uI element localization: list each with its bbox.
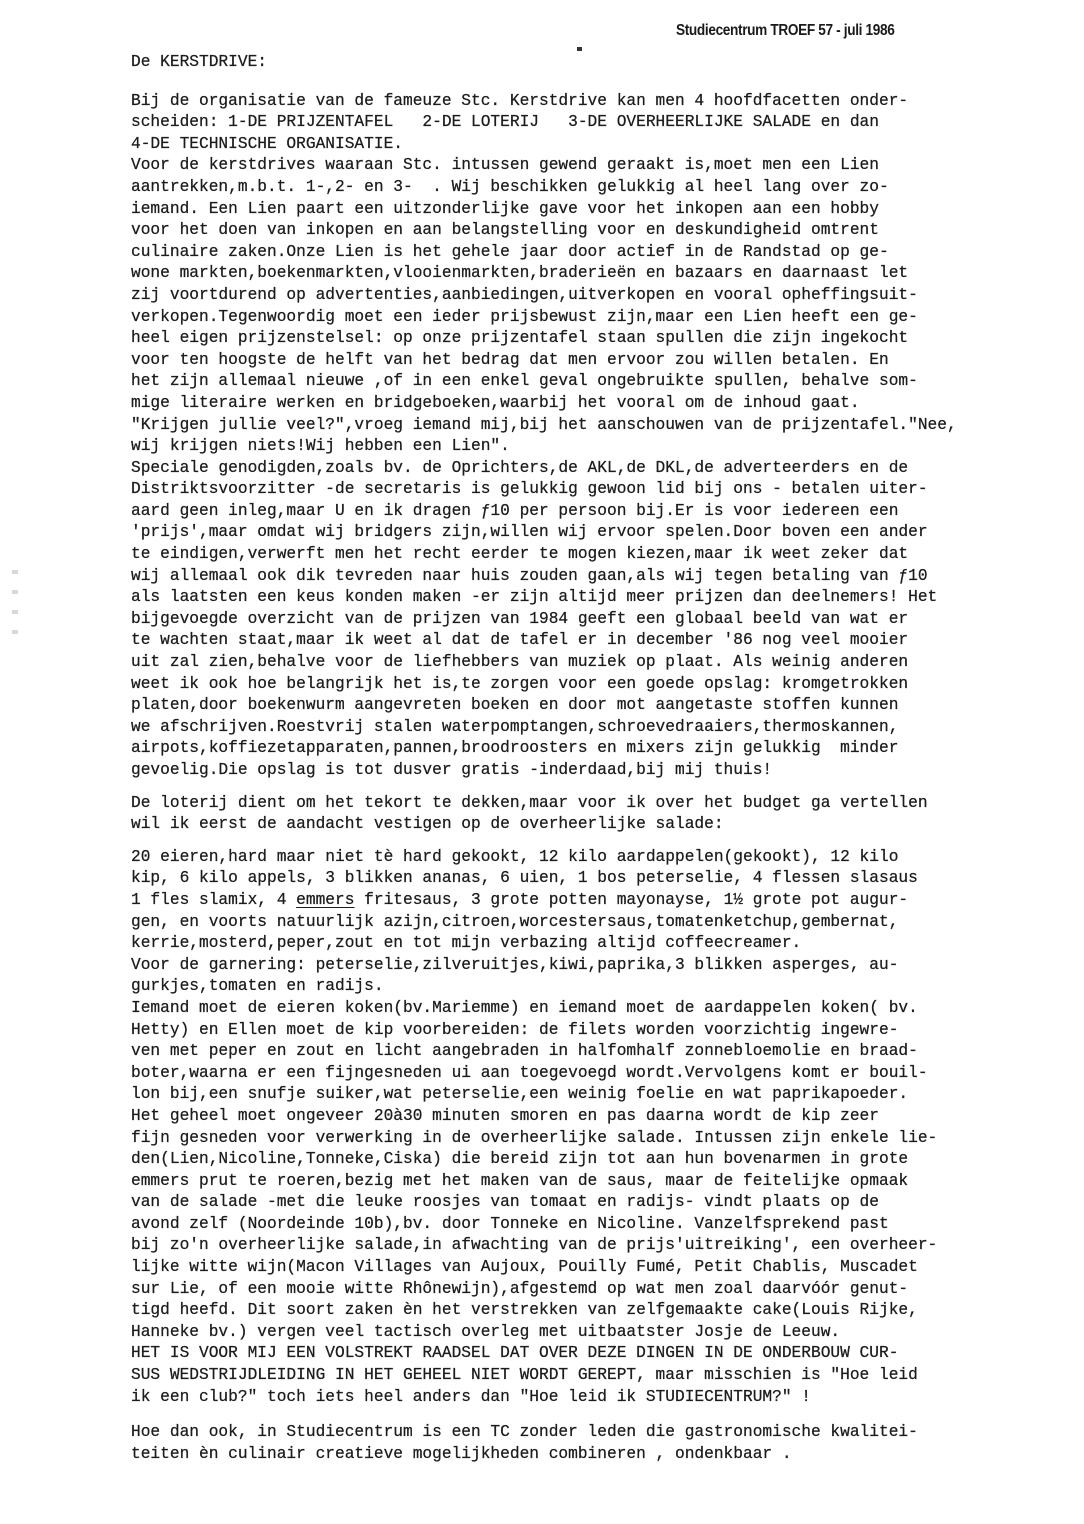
text-line: als laatsten een keus konden maken -er z…: [131, 587, 957, 609]
text-line: "Krijgen jullie veel?",vroeg iemand mij,…: [131, 415, 957, 437]
text-line: zij voortdurend op advertenties,aanbiedi…: [131, 285, 957, 307]
paragraph-gap: [131, 782, 957, 793]
text-line: Iemand moet de eieren koken(bv.Mariemme)…: [131, 998, 957, 1020]
text-line: wij krijgen niets!Wij hebben een Lien".: [131, 436, 957, 458]
text-line: bijgevoegde overzicht van de prijzen van…: [131, 609, 957, 631]
text-line: iemand. Een Lien paart een uitzonderlijk…: [131, 199, 957, 221]
typewritten-document: De KERSTDRIVE: Bij de organisatie van de…: [131, 52, 957, 1465]
text-line: culinaire zaken.Onze Lien is het gehele …: [131, 242, 957, 264]
text-line: scheiden: 1-DE PRIJZENTAFEL 2-DE LOTERIJ…: [131, 112, 957, 134]
text-line: De loterij dient om het tekort te dekken…: [131, 793, 957, 815]
text-line: gurkjes,tomaten en radijs.: [131, 976, 957, 998]
text-line: wil ik eerst de aandacht vestigen op de …: [131, 814, 957, 836]
text-line: aantrekken,m.b.t. 1-,2- en 3- . Wij besc…: [131, 177, 957, 199]
text-line: 'prijs',maar omdat wij bridgers zijn,wil…: [131, 522, 957, 544]
text-line: Speciale genodigden,zoals bv. de Opricht…: [131, 458, 957, 480]
text-line: tigd heefd. Dit soort zaken èn het verst…: [131, 1300, 957, 1322]
paragraph-conclusion: Hoe dan ook, in Studiecentrum is een TC …: [131, 1422, 957, 1465]
print-speck: [577, 47, 582, 51]
text-line: Voor de kerstdrives waaraan Stc. intusse…: [131, 155, 957, 177]
text-line: airpots,koffiezetapparaten,pannen,broodr…: [131, 738, 957, 760]
text-line: Distriktsvoorzitter -de secretaris is ge…: [131, 479, 957, 501]
paragraph-gap: [131, 836, 957, 847]
text-line: kip, 6 kilo appels, 3 blikken ananas, 6 …: [131, 868, 957, 890]
text-line: lon bij,een snufje suiker,wat peterselie…: [131, 1084, 957, 1106]
text-line: Het geheel moet ongeveer 20à30 minuten s…: [131, 1106, 957, 1128]
text-line: avond zelf (Noordeinde 10b),bv. door Ton…: [131, 1214, 957, 1236]
text-line-underlined-emmers: 1 fles slamix, 4 emmers fritesaus, 3 gro…: [131, 890, 957, 912]
text-line: SUS WEDSTRIJDLEIDING IN HET GEHEEL NIET …: [131, 1365, 957, 1387]
text-line: aard geen inleg,maar U en ik dragen ƒ10 …: [131, 501, 957, 523]
text-line: Bij de organisatie van de fameuze Stc. K…: [131, 91, 957, 113]
paragraph-salad: 20 eieren,hard maar niet tè hard gekookt…: [131, 847, 957, 1408]
text-line: heel eigen prijzenstelsel: op onze prijz…: [131, 328, 957, 350]
text-line: mige literaire werken en bridgeboeken,wa…: [131, 393, 957, 415]
text-line: voor ten hoogste de helft van het bedrag…: [131, 350, 957, 372]
margin-scan-marks: [8, 570, 22, 670]
text-line: ven met peper en zout en licht aangebrad…: [131, 1041, 957, 1063]
paragraph-lottery: De loterij dient om het tekort te dekken…: [131, 793, 957, 836]
text-line: verkopen.Tegenwoordig moet een ieder pri…: [131, 307, 957, 329]
text-line: Voor de garnering: peterselie,zilveruitj…: [131, 955, 957, 977]
text-line: den(Lien,Nicoline,Tonneke,Ciska) die ber…: [131, 1149, 957, 1171]
text-line: emmers prut te roeren,bezig met het make…: [131, 1171, 957, 1193]
text-line: het zijn allemaal nieuwe ,of in een enke…: [131, 371, 957, 393]
text-line: platen,door boekenwurm aangevreten boeke…: [131, 695, 957, 717]
text-line: weet ik ook hoe belangrijk het is,te zor…: [131, 674, 957, 696]
text-line: wij allemaal ook dik tevreden naar huis …: [131, 566, 957, 588]
text-line: we afschrijven.Roestvrij stalen waterpom…: [131, 717, 957, 739]
text-line: kerrie,mosterd,peper,zout en tot mijn ve…: [131, 933, 957, 955]
text-line: Hanneke bv.) vergen veel tactisch overle…: [131, 1322, 957, 1344]
publication-header: Studiecentrum TROEF 57 - juli 1986: [676, 22, 894, 40]
paragraph-gap: [131, 1408, 957, 1422]
underlined-word: emmers: [296, 891, 354, 909]
text-line: bij zo'n overheerlijke salade,in afwacht…: [131, 1235, 957, 1257]
text-line: gen, en voorts natuurlijk azijn,citroen,…: [131, 912, 957, 934]
text-line: 4-DE TECHNISCHE ORGANISATIE.: [131, 134, 957, 156]
text-line: uit zal zien,behalve voor de liefhebbers…: [131, 652, 957, 674]
text-line: voor het doen van inkopen en aan belangs…: [131, 220, 957, 242]
text-line: gevoelig.Die opslag is tot dusver gratis…: [131, 760, 957, 782]
text-line: van de salade -met die leuke roosjes van…: [131, 1192, 957, 1214]
text-line: sur Lie, of een mooie witte Rhônewijn),a…: [131, 1279, 957, 1301]
text-line: boter,waarna er een fijngesneden ui aan …: [131, 1063, 957, 1085]
article-title: De KERSTDRIVE:: [131, 52, 957, 74]
text-line: teiten èn culinair creatieve mogelijkhed…: [131, 1444, 957, 1466]
text-line: Hoe dan ook, in Studiecentrum is een TC …: [131, 1422, 957, 1444]
text-line: wone markten,boekenmarkten,vlooienmarkte…: [131, 263, 957, 285]
text-line: HET IS VOOR MIJ EEN VOLSTREKT RAADSEL DA…: [131, 1343, 957, 1365]
text-line: lijke witte wijn(Macon Villages van Aujo…: [131, 1257, 957, 1279]
text-line: te eindigen,verwerft men het recht eerde…: [131, 544, 957, 566]
text-line: Hetty) en Ellen moet de kip voorbereiden…: [131, 1020, 957, 1042]
paragraph-prizes: Bij de organisatie van de fameuze Stc. K…: [131, 91, 957, 782]
text-line: fijn gesneden voor verwerking in de over…: [131, 1128, 957, 1150]
text-line: ik een club?" toch iets heel anders dan …: [131, 1387, 957, 1409]
text-line: te wachten staat,maar ik weet al dat de …: [131, 630, 957, 652]
text-line: 20 eieren,hard maar niet tè hard gekookt…: [131, 847, 957, 869]
